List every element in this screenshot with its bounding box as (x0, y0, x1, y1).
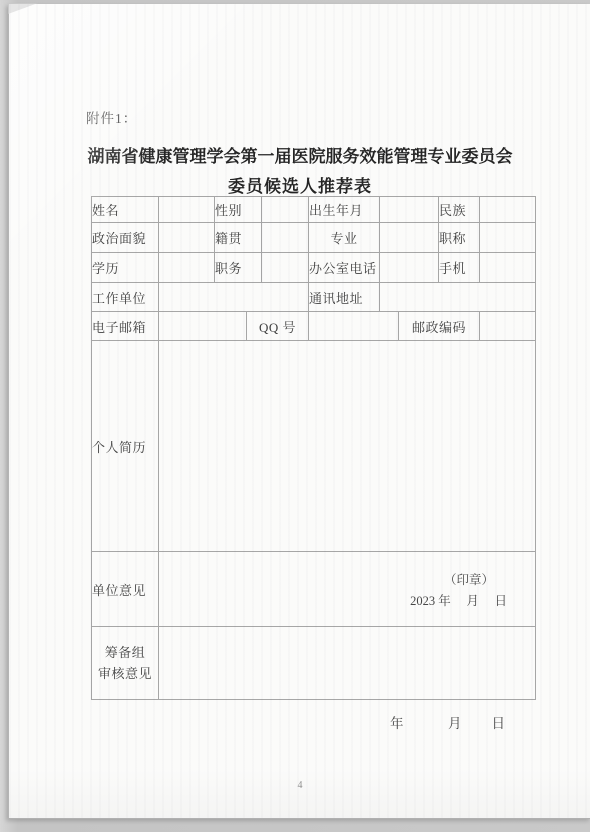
table-row: 政治面貌 籍贯 专业 职称 (92, 223, 536, 253)
review-opinion-label-line2: 审核意见 (92, 663, 158, 684)
professional-title-label-cell: 职称 (439, 223, 480, 253)
native-place-label-cell: 籍贯 (215, 223, 262, 253)
major-label-cell: 专业 (309, 223, 380, 253)
gender-value-cell (262, 197, 309, 223)
table-row: 单位意见 （印章） 2023 年 月 日 (92, 552, 536, 627)
mailing-address-value-cell (380, 283, 536, 312)
office-phone-label-cell: 办公室电话 (309, 253, 380, 283)
birth-date-label-cell: 出生年月 (309, 197, 380, 223)
review-opinion-label-cell: 筹备组 审核意见 (92, 627, 159, 700)
page-corner-fold (8, 3, 38, 14)
footer-date-line: 年 月 日 (91, 712, 535, 732)
email-value-cell (159, 312, 247, 341)
mobile-label-cell: 手机 (439, 253, 480, 283)
qq-label-cell: QQ 号 (247, 312, 309, 341)
table-row: 筹备组 审核意见 (92, 627, 536, 700)
qq-value-cell (309, 312, 399, 341)
ethnicity-label-cell: 民族 (439, 197, 480, 223)
document-page: 附件1： 湖南省健康管理学会第一届医院服务效能管理专业委员会 委员候选人推荐表 … (8, 4, 590, 819)
resume-value-cell (159, 341, 536, 552)
email-label-cell: 电子邮箱 (92, 312, 159, 341)
attachment-label: 附件1： (86, 107, 137, 127)
mobile-value-cell (480, 253, 536, 283)
seal-note: （印章） (444, 570, 494, 588)
table-row: 工作单位 通讯地址 (92, 283, 536, 312)
name-value-cell (159, 197, 215, 223)
postal-code-value-cell (480, 312, 536, 341)
table-row: 电子邮箱 QQ 号 邮政编码 (92, 312, 536, 341)
education-label-cell: 学历 (92, 253, 159, 283)
birth-date-value-cell (380, 197, 439, 223)
unit-opinion-content-cell: （印章） 2023 年 月 日 (159, 552, 536, 627)
mailing-address-label-cell: 通讯地址 (309, 283, 380, 312)
native-place-value-cell (262, 223, 309, 253)
postal-code-label-cell: 邮政编码 (399, 312, 480, 341)
review-opinion-value-cell (159, 627, 536, 700)
unit-opinion-label-cell: 单位意见 (92, 552, 159, 627)
table-row: 姓名 性别 出生年月 民族 (92, 197, 536, 223)
name-label-cell: 姓名 (92, 197, 159, 223)
ethnicity-value-cell (480, 197, 536, 223)
seal-and-date-block: （印章） 2023 年 月 日 (159, 570, 535, 609)
position-label-cell: 职务 (215, 253, 262, 283)
recommendation-form-table: 姓名 性别 出生年月 民族 政治面貌 籍贯 专业 职称 学历 职务 办公室电话 (91, 196, 536, 700)
position-value-cell (262, 253, 309, 283)
work-unit-value-cell (159, 283, 309, 312)
major-value-cell (380, 223, 439, 253)
review-opinion-label-line1: 筹备组 (92, 642, 158, 663)
professional-title-value-cell (480, 223, 536, 253)
political-status-label-cell: 政治面貌 (92, 223, 159, 253)
page-number: 4 (9, 780, 590, 791)
work-unit-label-cell: 工作单位 (92, 283, 159, 312)
unit-opinion-date: 2023 年 月 日 (410, 591, 507, 609)
office-phone-value-cell (380, 253, 439, 283)
political-status-value-cell (159, 223, 215, 253)
table-row: 个人简历 (92, 341, 536, 552)
gender-label-cell: 性别 (215, 197, 262, 223)
resume-label-cell: 个人简历 (92, 341, 159, 552)
table-row: 学历 职务 办公室电话 手机 (92, 253, 536, 283)
form-title-line1: 湖南省健康管理学会第一届医院服务效能管理专业委员会 (9, 142, 590, 167)
education-value-cell (159, 253, 215, 283)
form-title-line2: 委员候选人推荐表 (9, 172, 590, 197)
